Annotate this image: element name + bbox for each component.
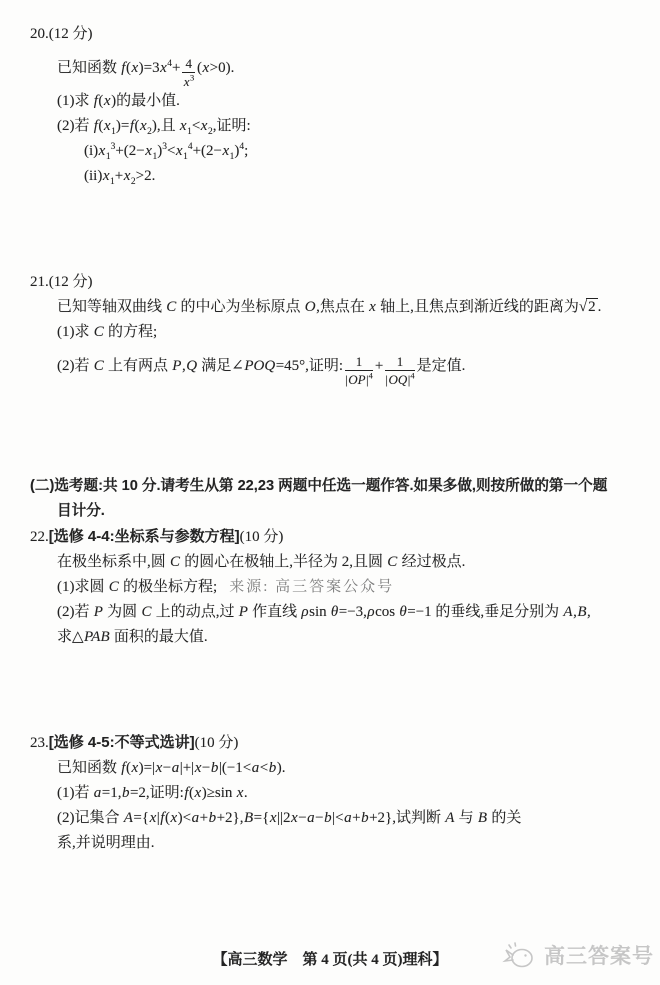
math-variable: x	[170, 810, 178, 826]
math-variable: ρ	[367, 604, 375, 620]
math-variable: a	[344, 810, 353, 826]
math-variable: x	[179, 118, 187, 134]
text: |<	[332, 810, 343, 826]
math-variable: b	[268, 760, 277, 776]
math-variable: x	[194, 760, 202, 776]
text: (二)选考题:共 10 分.请考生从第 22,23 两题中任选一题作答.如果多做…	[30, 478, 607, 494]
text-line: (二)选考题:共 10 分.请考生从第 22,23 两题中任选一题作答.如果多做…	[0, 474, 660, 499]
text: 系,并说明理由.	[57, 835, 155, 851]
text: +	[352, 810, 360, 826]
math-variable: C	[141, 604, 152, 620]
subscript: 1	[183, 152, 188, 162]
text: cos	[375, 604, 399, 620]
text: +	[375, 358, 383, 374]
math-variable: C	[108, 579, 119, 595]
math-variable: x	[269, 810, 277, 826]
text: −	[298, 810, 306, 826]
math-variable: PAB	[84, 629, 111, 645]
text: ,焦点在	[316, 299, 369, 315]
text: 与	[455, 810, 478, 826]
superscript: 4	[410, 371, 414, 381]
problem-20: 20.(12 分)已知函数 f(x)=3x4+4x3(x>0).(1)求 f(x…	[0, 22, 660, 189]
text-line: (2)若 f(x1)=f(x2),且 x1<x2,证明:	[0, 114, 660, 139]
math-variable: x	[194, 785, 202, 801]
subscript: 1	[106, 152, 111, 162]
math-variable: x	[202, 60, 210, 76]
text: 2	[588, 299, 596, 315]
fraction-denominator: |OQ|4	[385, 371, 414, 387]
math-variable: x	[102, 168, 110, 184]
text-line: (ii)x1+x2>2.	[0, 164, 660, 189]
text: (10 分)	[240, 529, 284, 545]
text: 22.	[30, 529, 49, 545]
text: 作直线	[248, 604, 301, 620]
text: 轴上,且焦点到渐近线的距离为	[376, 299, 579, 315]
math-variable: C	[387, 554, 398, 570]
math-variable: x	[131, 60, 139, 76]
text: +	[200, 810, 208, 826]
math-variable: B	[243, 810, 253, 826]
corner-watermark: 高三答案号	[502, 940, 654, 970]
text: >0).	[210, 60, 235, 76]
text: 1	[356, 354, 363, 369]
math-variable: x	[139, 118, 147, 134]
math-variable: x	[149, 810, 157, 826]
text: sin	[309, 604, 330, 620]
math-variable: A	[445, 810, 455, 826]
text: )<	[178, 810, 191, 826]
section-optional-questions: (二)选考题:共 10 分.请考生从第 22,23 两题中任选一题作答.如果多做…	[0, 474, 660, 524]
fraction-denominator: |OP|4	[345, 371, 373, 387]
text: +2},试判断	[369, 810, 445, 826]
text: +	[115, 168, 123, 184]
fraction-numerator: 4	[182, 57, 195, 74]
text: 23.	[30, 735, 49, 751]
math-variable: x	[98, 143, 106, 159]
math-variable: C	[93, 358, 104, 374]
text: 的关	[488, 810, 522, 826]
math-variable: ρ	[301, 604, 309, 620]
math-variable: x	[222, 143, 230, 159]
text: −	[315, 810, 323, 826]
bold-heading-text: [选修 4-4:坐标系与参数方程]	[49, 528, 240, 545]
text: )≥sin	[202, 785, 236, 801]
text: 已知函数	[57, 60, 121, 76]
text: |+|	[180, 760, 194, 776]
text-line: 目计分.	[0, 499, 660, 524]
text: −	[163, 760, 171, 776]
text: ),且	[152, 118, 180, 134]
text: )=	[116, 118, 129, 134]
problem-21: 21.(12 分)已知等轴双曲线 C 的中心为坐标原点 O,焦点在 x 轴上,且…	[0, 270, 660, 387]
math-variable: x	[103, 93, 111, 109]
math-variable: θ	[399, 604, 407, 620]
math-variable: P	[93, 604, 103, 620]
text: =−3,	[339, 604, 367, 620]
inline-watermark-text: 来源: 高三答案公众号	[229, 579, 394, 595]
math-variable: b	[361, 810, 370, 826]
text: 的中心为坐标原点	[177, 299, 305, 315]
text: .	[244, 785, 248, 801]
text-line: 已知等轴双曲线 C 的中心为坐标原点 O,焦点在 x 轴上,且焦点到渐近线的距离…	[0, 295, 660, 320]
text: =−1 的垂线,垂足分别为	[407, 604, 563, 620]
text: +	[172, 60, 180, 76]
math-variable: x	[200, 118, 208, 134]
text: ,证明:	[213, 118, 251, 134]
text: <	[260, 760, 268, 776]
math-variable: b	[210, 760, 219, 776]
math-variable: a	[191, 810, 200, 826]
text: ||2	[277, 810, 291, 826]
math-variable: POQ	[244, 358, 276, 374]
square-root: √2	[579, 299, 598, 315]
text: 是定值.	[417, 358, 466, 374]
text: 满足∠	[198, 358, 244, 374]
math-variable: x	[236, 785, 244, 801]
text: =1,	[102, 785, 122, 801]
math-variable: B	[477, 810, 487, 826]
text-line: 21.(12 分)	[0, 270, 660, 295]
text: (10 分)	[195, 735, 239, 751]
text: ,	[587, 604, 591, 620]
math-variable: B	[577, 604, 587, 620]
fraction: 1|OP|4	[345, 355, 373, 387]
superscript: 3	[190, 73, 194, 83]
text: +2},	[217, 810, 244, 826]
text: 求△	[57, 629, 84, 645]
text-line: 已知函数 f(x)=3x4+4x3(x>0).	[0, 47, 660, 89]
text: 经过极点.	[398, 554, 466, 570]
text: ={	[254, 810, 270, 826]
text-line: 已知函数 f(x)=|x−a|+|x−b|(−1<a<b).	[0, 756, 660, 781]
text: =2,证明:	[130, 785, 184, 801]
math-variable: θ	[330, 604, 338, 620]
text: 面积的最大值.	[110, 629, 208, 645]
fraction: 4x3	[182, 57, 195, 89]
text: ).	[277, 760, 286, 776]
fraction-denominator: x3	[182, 73, 195, 89]
math-variable: a	[93, 785, 102, 801]
fraction-numerator: 1	[385, 355, 414, 372]
text: (i)	[84, 143, 98, 159]
text: (1)求	[57, 324, 93, 340]
text-line: 23.[选修 4-5:不等式选讲](10 分)	[0, 730, 660, 756]
text: (1)若	[57, 785, 93, 801]
text: )=3	[139, 60, 160, 76]
text-line: (2)记集合 A={x|f(x)<a+b+2},B={x||2x−a−b|<a+…	[0, 806, 660, 831]
math-variable: b	[324, 810, 333, 826]
text-line: (2)若 P 为圆 C 上的动点,过 P 作直线 ρsin θ=−3,ρcos …	[0, 600, 660, 625]
text: ;	[244, 143, 248, 159]
math-variable: OQ	[388, 372, 408, 387]
radicand: 2	[586, 298, 598, 315]
text: (2)若	[57, 358, 93, 374]
text-line: (i)x13+(2−x1)3<x14+(2−x1)4;	[0, 139, 660, 164]
text-line: 系,并说明理由.	[0, 831, 660, 856]
exam-page: 20.(12 分)已知函数 f(x)=3x4+4x3(x>0).(1)求 f(x…	[0, 0, 660, 985]
text: )的最小值.	[111, 93, 180, 109]
math-variable: x	[131, 760, 139, 776]
text: >2.	[136, 168, 156, 184]
text: =45°,证明:	[276, 358, 343, 374]
math-variable: Q	[186, 358, 198, 374]
math-variable: C	[93, 324, 104, 340]
text: 上有两点	[104, 358, 172, 374]
problem-22: 22.[选修 4-4:坐标系与参数方程](10 分)在极坐标系中,圆 C 的圆心…	[0, 524, 660, 650]
superscript: 4	[369, 371, 373, 381]
text: 21.(12 分)	[30, 274, 93, 290]
text-line: (1)求圆 C 的极坐标方程;来源: 高三答案公众号	[0, 575, 660, 600]
text: 目计分.	[57, 503, 105, 519]
math-variable: P	[238, 604, 248, 620]
math-variable: x	[175, 143, 183, 159]
problem-23: 23.[选修 4-5:不等式选讲](10 分)已知函数 f(x)=|x−a|+|…	[0, 730, 660, 856]
text: (2)若	[57, 118, 93, 134]
text: ={	[133, 810, 149, 826]
math-variable: C	[170, 554, 181, 570]
fish-logo-icon	[502, 940, 538, 970]
text: 为圆	[103, 604, 141, 620]
math-variable: x	[103, 118, 111, 134]
text: 上的动点,过	[152, 604, 238, 620]
math-variable: A	[123, 810, 133, 826]
text: 已知函数	[57, 760, 121, 776]
text: 20.(12 分)	[30, 26, 93, 42]
math-variable: x	[183, 74, 190, 89]
text-line: 22.[选修 4-4:坐标系与参数方程](10 分)	[0, 524, 660, 550]
text-line: (1)求 f(x)的最小值.	[0, 89, 660, 114]
math-variable: a	[171, 760, 180, 776]
text-line: 在极坐标系中,圆 C 的圆心在极轴上,半径为 2,且圆 C 经过极点.	[0, 550, 660, 575]
text: (1)求	[57, 93, 93, 109]
text: 在极坐标系中,圆	[57, 554, 170, 570]
text: 已知等轴双曲线	[57, 299, 166, 315]
fraction: 1|OQ|4	[385, 355, 414, 387]
text-line: (1)若 a=1,b=2,证明:f(x)≥sin x.	[0, 781, 660, 806]
text: 的圆心在极轴上,半径为 2,且圆	[181, 554, 387, 570]
footer-text: 【高三数学 第 4 页(共 4 页)理科】	[213, 952, 448, 968]
text: (1)求圆	[57, 579, 108, 595]
bold-heading-text: [选修 4-5:不等式选讲]	[49, 734, 195, 751]
text: 1	[397, 354, 404, 369]
text: +(2−	[115, 143, 144, 159]
math-variable: C	[166, 299, 177, 315]
math-variable: a	[307, 810, 316, 826]
math-variable: b	[208, 810, 217, 826]
fraction-numerator: 1	[345, 355, 373, 372]
text-line: 20.(12 分)	[0, 22, 660, 47]
math-variable: O	[304, 299, 316, 315]
text: +(2−	[193, 143, 222, 159]
text: (2)若	[57, 604, 93, 620]
text: |(−1<	[219, 760, 251, 776]
text: (ii)	[84, 168, 102, 184]
math-variable: P	[172, 358, 182, 374]
text: (2)记集合	[57, 810, 123, 826]
corner-watermark-text: 高三答案号	[544, 940, 654, 970]
text-line: 求△PAB 面积的最大值.	[0, 625, 660, 650]
math-variable: x	[155, 760, 163, 776]
text: 的极坐标方程;	[119, 579, 217, 595]
math-variable: x	[123, 168, 131, 184]
text: 的方程;	[104, 324, 157, 340]
math-variable: a	[251, 760, 260, 776]
math-variable: A	[563, 604, 573, 620]
math-variable: b	[121, 785, 130, 801]
text-line: (2)若 C 上有两点 P,Q 满足∠POQ=45°,证明:1|OP|4+1|O…	[0, 345, 660, 387]
text: )=|	[139, 760, 155, 776]
text: 4	[185, 56, 192, 71]
math-variable: OP	[348, 372, 366, 387]
text-line: (1)求 C 的方程;	[0, 320, 660, 345]
text: .	[598, 299, 602, 315]
